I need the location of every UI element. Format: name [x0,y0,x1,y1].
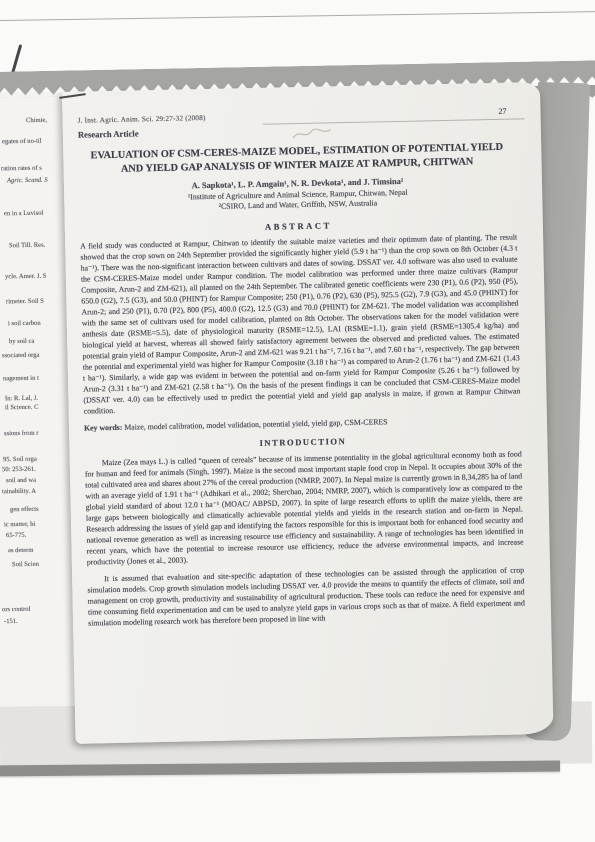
margin-text-fragment: il Science. C [5,404,39,411]
introduction-heading: INTRODUCTION [84,432,521,451]
paper-page-content: J. Inst. Agric. Anim. Sci. 29:27-32 (200… [62,82,551,629]
margin-text-fragment: In: R. Lal, J. [5,395,38,402]
intro-paragraph-2: It is assumed that evaluation and site-s… [87,564,525,628]
margin-text-fragment: ssociated orga [2,352,40,360]
margin-text-fragment: Soil Scien [12,561,39,568]
pen-slash-mark [11,44,22,75]
margin-text-fragment: ration rates of s [1,165,42,173]
margin-text-fragment: -151. [4,618,18,625]
margin-text-fragment: soil and wa [6,477,36,484]
margin-text-fragment: 50: 253-261. [2,466,36,473]
paper-title: EVALUATION OF CSM-CERES-MAIZE MODEL, EST… [84,141,509,177]
margin-text-fragment: i soil carbon [8,320,41,327]
journal-citation: J. Inst. Agric. Anim. Sci. 29:27-32 (200… [78,114,206,125]
abstract-text: A field study was conducted at Rampur, C… [80,232,521,417]
margin-text-fragment: Agric. Scand. S [7,177,48,185]
margin-text-fragment: tainability. A [2,488,36,495]
paper-page: J. Inst. Agric. Anim. Sci. 29:27-32 (200… [62,82,554,744]
margin-text-fragment: 95. Soil orga [3,456,37,463]
scanned-document-background: Chimie, egates of no-til ration rates of… [0,0,595,842]
scan-artifact-line [0,11,595,21]
keywords-text: Maize, model calibration, model validati… [122,417,387,432]
margin-text-fragment: Chimie, [26,117,47,124]
margin-text-fragment: 65-775. [6,532,26,539]
margin-text-fragment: gen effects [10,506,39,513]
margin-text-fragment: Soil Till. Res. [9,242,45,250]
underlying-page: Chimie, egates of no-til ration rates of… [0,92,72,742]
intro-paragraph-1: Maize (Zea mays L.) is called “queen of … [85,448,524,567]
margin-text-fragment: nagement in t [3,375,39,383]
margin-text-fragment: egates of no-til [2,138,42,146]
margin-text-fragment: en in a Luvisol [4,210,43,218]
keywords-line: Key words: Maize, model calibration, mod… [84,414,521,432]
pencil-squiggle-mark [291,126,333,141]
keywords-label: Key words: [84,423,123,433]
margin-text-fragment: by soil ca [9,338,34,345]
margin-text-fragment: rimeter. Soil S [6,298,44,306]
margin-text-fragment: ssions from r [4,430,39,437]
page-number: 27 [498,107,514,116]
margin-text-fragment: as determ [8,547,34,554]
margin-text-fragment: ic matter, bi [4,521,36,528]
margin-text-fragment: ors control [2,606,30,613]
margin-text-fragment: ycle. Amer. J. S [5,273,46,281]
